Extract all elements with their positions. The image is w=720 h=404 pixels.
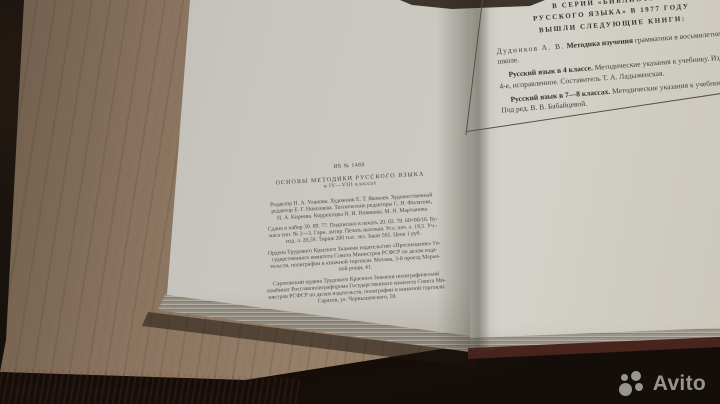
colophon-fine-print: Редактор Н. А. Уланова. Художник Е. Т. Я… bbox=[247, 191, 462, 310]
colophon-text-block: ИБ № 1488 ОСНОВЫ МЕТОДИКИ РУССКОГО ЯЗЫКА… bbox=[243, 157, 469, 403]
avito-wordmark: Avito bbox=[653, 372, 706, 396]
advert-box-text: В ИЗДАТЕЛЬСТВЕ В СЕРИИ «БИБЛИОТЕКА РУССК… bbox=[492, 0, 720, 120]
photo-scene: ИБ № 1488 ОСНОВЫ МЕТОДИКИ РУССКОГО ЯЗЫКА… bbox=[0, 0, 720, 404]
book-list: Дудников А. В. Методика изучения граммат… bbox=[496, 28, 720, 115]
avito-logo-icon bbox=[619, 370, 646, 397]
avito-watermark: Avito bbox=[619, 370, 706, 397]
